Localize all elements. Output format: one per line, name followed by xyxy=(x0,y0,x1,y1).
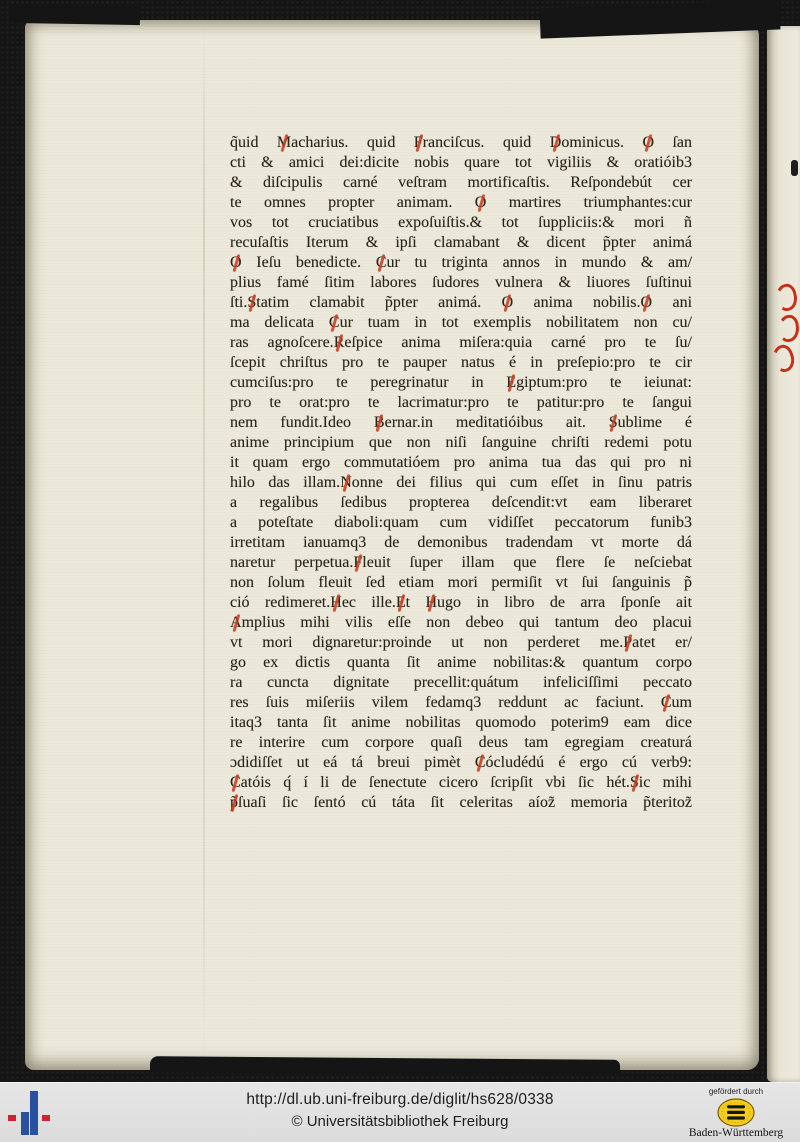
text-line: O Ieſu benedicte. Cur tu triginta annos … xyxy=(230,253,692,273)
rubricated-capital: F xyxy=(353,553,362,573)
text-line: non ſolum fleuit ſed etiam mori permiſit… xyxy=(230,573,692,593)
text-line: Amplius mihi vilis eſſe non debeo qui ta… xyxy=(230,613,692,633)
rubricated-capital: S xyxy=(247,293,256,313)
red-pen-mark xyxy=(773,282,800,313)
text-line: ɔdidiſſet ut eá tá breui pimèt Cócludédú… xyxy=(230,753,692,773)
text-line: cti & amici dei:dicite nobis quare tot v… xyxy=(230,153,692,173)
text-line: ſti.Statim clamabit p̃pter animá. O anim… xyxy=(230,293,692,313)
text-line: ció redimeret.Hec ille.Et Hugo in libro … xyxy=(230,593,692,613)
text-line: vt mori dignaretur:proinde ut non perder… xyxy=(230,633,692,653)
text-line: a poteſtate diaboli:quam cum vidiſſet pe… xyxy=(230,513,692,533)
text-line: re interire cum corpore quaſi deus tam e… xyxy=(230,733,692,753)
rubricated-capital: H xyxy=(330,593,342,613)
red-pen-mark xyxy=(777,314,800,343)
rubricated-capital: P xyxy=(623,633,632,653)
text-line: & diſcipulis carné veſtram mortificaſtis… xyxy=(230,173,692,193)
text-line: anime principium que non niſi ſanguine c… xyxy=(230,433,692,453)
rubricated-capital: O xyxy=(642,133,654,153)
rubricated-capital: D xyxy=(550,133,562,153)
text-line: ma delicata Cur tuam in tot exemplis nob… xyxy=(230,313,692,333)
funding-block: gefördert durch Baden-Württemberg xyxy=(677,1085,795,1140)
rubricated-capital: C xyxy=(661,693,672,713)
text-block: q̃uid Macharius. quid Franciſcus. quid D… xyxy=(230,133,692,813)
text-line: ras agnoſcere.Reſpice anima miſera:quia … xyxy=(230,333,692,353)
text-line: a regalibus ſedibus propterea deſcendit:… xyxy=(230,493,692,513)
text-line: ſcepit chriſtus pro te pauper natus é in… xyxy=(230,353,692,373)
text-line: nem fundit.Ideo Bernar.in meditatióibus … xyxy=(230,413,692,433)
funding-label: gefördert durch xyxy=(677,1087,795,1097)
rubricated-capital: C xyxy=(376,253,387,273)
text-line: p̃ſuaſi ſic ſentó cú táta ſit celeritas … xyxy=(230,793,692,813)
scan-shadow-bottom xyxy=(150,1056,620,1076)
page-crease xyxy=(203,20,205,1070)
text-line: naretur perpetua.Fleuit ſuper illam que … xyxy=(230,553,692,573)
rubricated-capital: N xyxy=(340,473,352,493)
rubricated-capital: A xyxy=(230,613,242,633)
red-pen-mark xyxy=(769,342,798,375)
text-line: cumciſus:pro te peregrinatur in Egiptum:… xyxy=(230,373,692,393)
rubricated-capital: C xyxy=(475,753,486,773)
text-line: q̃uid Macharius. quid Franciſcus. quid D… xyxy=(230,133,692,153)
book-scan: q̃uid Macharius. quid Franciſcus. quid D… xyxy=(0,0,800,1082)
rubricated-capital: p̃ xyxy=(230,793,238,813)
text-line: it quam ergo commutatióem pro anima tua … xyxy=(230,453,692,473)
rubricated-capital: S xyxy=(630,773,639,793)
rubricated-capital: H xyxy=(425,593,437,613)
text-line: Catóis q́ í li de ſenectute cicero ſcrip… xyxy=(230,773,692,793)
rubricated-capital: C xyxy=(329,313,340,333)
text-line: plius famé ſitim labores ſudores vulnera… xyxy=(230,273,692,293)
baden-wuerttemberg-coat-of-arms-icon xyxy=(717,1098,755,1127)
text-line: hilo das illam.Nonne dei filius qui cum … xyxy=(230,473,692,493)
text-line: res ſuis miſeriis vilem fedamq3 reddunt … xyxy=(230,693,692,713)
rubricated-capital: O xyxy=(502,293,514,313)
rubricated-capital: O xyxy=(230,253,242,273)
text-line: recuſaſtis Iterum & ipſi clamabant & dic… xyxy=(230,233,692,253)
text-line: ra cuncta dignitate precellit:quátum inf… xyxy=(230,673,692,693)
scan-shadow-top-left xyxy=(10,5,140,25)
facing-page-edge xyxy=(767,26,800,1082)
rubricated-capital: B xyxy=(374,413,385,433)
footer-bar: http://dl.ub.uni-freiburg.de/diglit/hs62… xyxy=(0,1082,800,1142)
text-line: te omnes propter animam. O martires triu… xyxy=(230,193,692,213)
text-line: vos tot cruciatibus expoſuiſtis.& tot ſu… xyxy=(230,213,692,233)
rubricated-capital: O xyxy=(475,193,487,213)
text-line: itaq3 tanta ſit anime nobilitas quomodo … xyxy=(230,713,692,733)
rubricated-capital: F xyxy=(414,133,423,153)
rubricated-capital: E xyxy=(506,373,516,393)
rubricated-capital: E xyxy=(396,593,406,613)
rubricated-capital: M xyxy=(277,133,291,153)
funding-region: Baden-Württemberg xyxy=(677,1127,795,1140)
text-line: go ex dictis quanta ſit anime nobilitas:… xyxy=(230,653,692,673)
text-line: pro te orat:pro te lacrimatur:pro te pat… xyxy=(230,393,692,413)
text-line: irretitam ianuamq3 de demonibus tradenda… xyxy=(230,533,692,553)
rubricated-capital: R xyxy=(334,333,345,353)
rubricated-capital: C xyxy=(230,773,241,793)
edge-ink-mark xyxy=(791,160,798,176)
rubricated-capital: O xyxy=(641,293,653,313)
rubricated-capital: S xyxy=(609,413,618,433)
manuscript-page: q̃uid Macharius. quid Franciſcus. quid D… xyxy=(25,20,759,1070)
